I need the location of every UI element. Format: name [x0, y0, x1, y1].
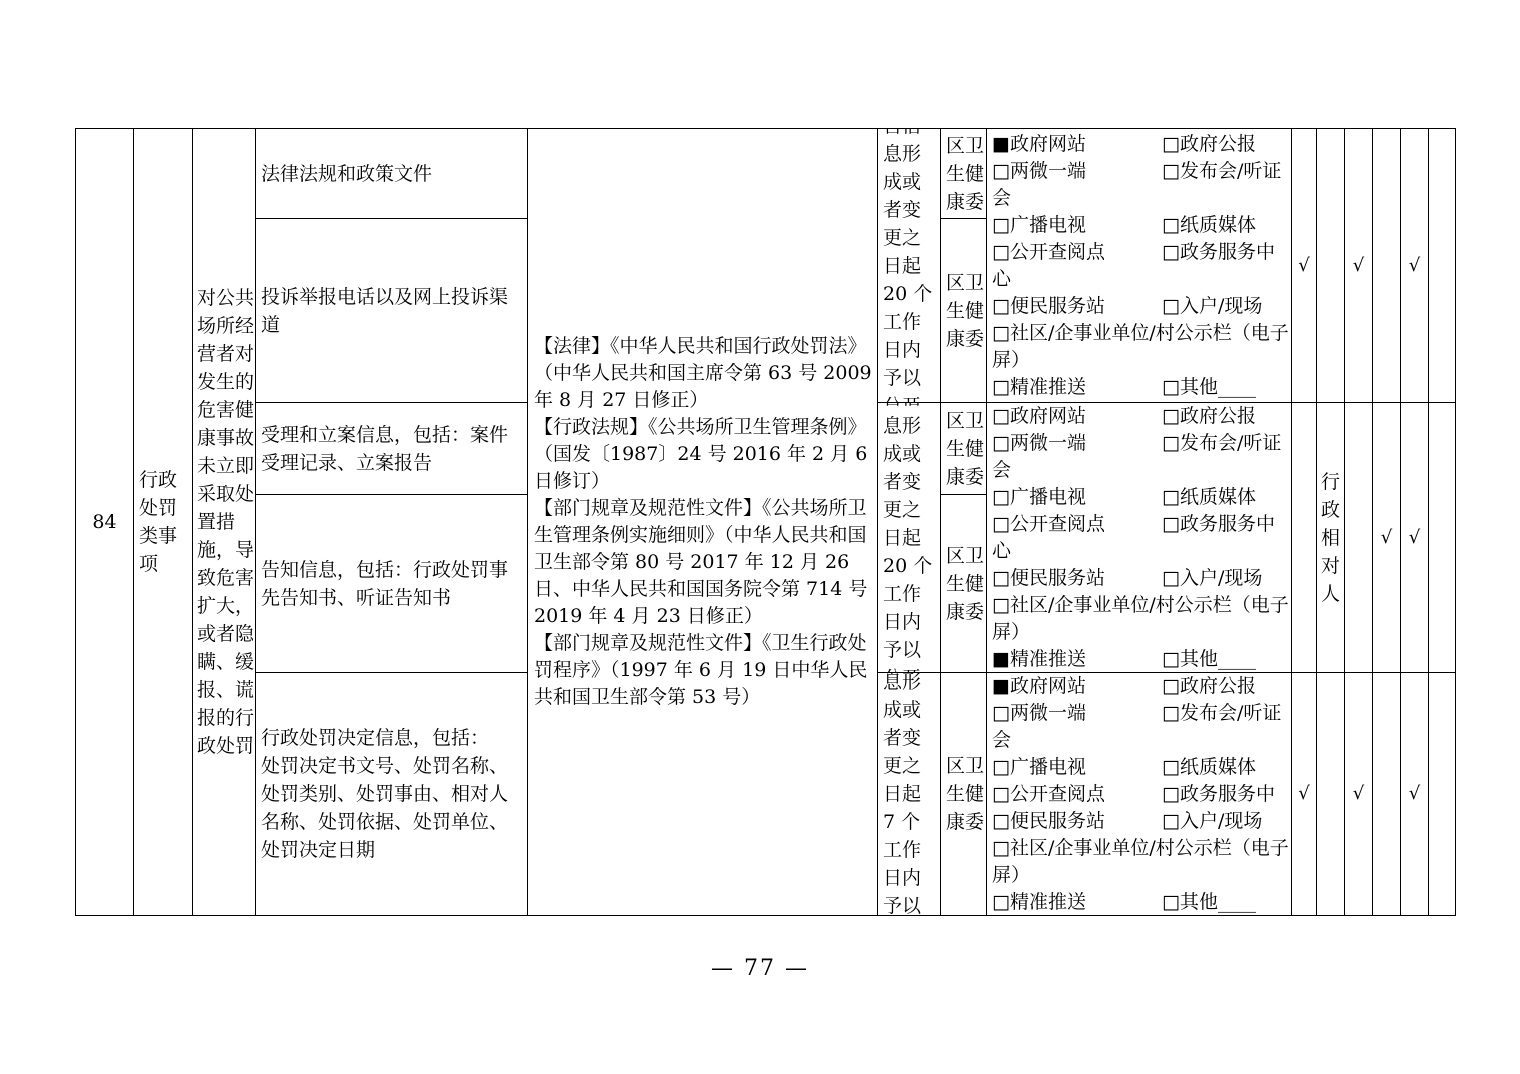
channel-line: ■政府网站□政府公报 [992, 673, 1291, 700]
channel-line: 心 [992, 266, 1291, 293]
info-item-cell: 受理和立案信息，包括：案件受理记录、立案报告 [256, 403, 528, 495]
mark-cell [1373, 129, 1401, 403]
category-cell: 行政处罚类事项 [134, 129, 193, 916]
channel-line: ■政府网站□政府公报 [992, 131, 1291, 158]
channel-item: □其他____ [1162, 891, 1256, 913]
channel-line: □公开查阅点□政务服务中 [992, 511, 1291, 538]
channel-line: 屏） [992, 619, 1291, 646]
mark-cell: √ [1345, 673, 1373, 916]
channel-line: 会 [992, 185, 1291, 212]
channel-item: □政务服务中 [1162, 513, 1275, 535]
channel-line: □公开查阅点□政务服务中 [992, 239, 1291, 266]
mark-cell: √ [1373, 403, 1401, 673]
channel-item: □社区/企事业单位/村公示栏（电子 [992, 320, 1289, 347]
channel-item: □政务服务中 [1162, 241, 1275, 263]
channel-item: 屏） [992, 619, 1162, 646]
mark-cell [1317, 129, 1345, 403]
deadline-cell: 自信息形成或者变更之日起 20 个工作日内予以公开 [878, 403, 941, 673]
channel-item: □政务服务中 [1162, 783, 1275, 805]
channels-cell: □政府网站□政府公报□两微一端□发布会/听证会□广播电视□纸质媒体□公开查阅点□… [987, 403, 1292, 673]
channel-item: □入户/现场 [1162, 295, 1262, 317]
info-item-cell: 法律法规和政策文件 [256, 129, 528, 219]
channel-line: ■精准推送□其他____ [992, 646, 1291, 673]
channel-item: □政府公报 [1162, 405, 1256, 427]
mark-cell [1345, 403, 1373, 673]
page-number: — 77 — [0, 956, 1520, 981]
channel-item: 会 [992, 457, 1162, 484]
channel-item: ■精准推送 [992, 646, 1162, 673]
org-cell: 区卫生健康委 [941, 219, 987, 403]
mark-cell: √ [1345, 129, 1373, 403]
channel-item: □公开查阅点 [992, 781, 1162, 808]
channel-item: 心 [992, 538, 1162, 565]
channel-item: 心 [992, 266, 1162, 293]
channel-line: □公开查阅点□政务服务中 [992, 781, 1291, 808]
channel-item: ■政府网站 [992, 673, 1162, 700]
channel-line: 屏） [992, 862, 1291, 889]
channel-line: □便民服务站□入户/现场 [992, 293, 1291, 320]
channel-item: □社区/企事业单位/村公示栏（电子 [992, 592, 1289, 619]
channel-line: □社区/企事业单位/村公示栏（电子 [992, 320, 1291, 347]
row-number: 84 [92, 508, 116, 536]
channel-line: □社区/企事业单位/村公示栏（电子 [992, 835, 1291, 862]
channels-cell: ■政府网站□政府公报□两微一端□发布会/听证会□广播电视□纸质媒体□公开查阅点□… [987, 673, 1292, 916]
channel-line: □精准推送□其他____ [992, 889, 1291, 916]
channel-line: □社区/企事业单位/村公示栏（电子 [992, 592, 1291, 619]
deadline-cell: 自信息形成或者变更之日起 20 个工作日内予以公开 [878, 129, 941, 403]
channel-item: 屏） [992, 347, 1162, 374]
channel-line: □便民服务站□入户/现场 [992, 808, 1291, 835]
channel-item: □公开查阅点 [992, 511, 1162, 538]
channel-line: □广播电视□纸质媒体 [992, 212, 1291, 239]
channel-line: □便民服务站□入户/现场 [992, 565, 1291, 592]
legal-basis-item: 【行政法规】《公共场所卫生管理条例》（国发〔1987〕24 号 2016 年 2… [534, 414, 875, 495]
channel-line: □广播电视□纸质媒体 [992, 484, 1291, 511]
channel-item: □便民服务站 [992, 808, 1162, 835]
row-number-cell: 84 [76, 129, 134, 916]
org-cell: 区卫生健康委 [941, 129, 987, 219]
channel-item: □发布会/听证 [1162, 160, 1281, 182]
channel-item: □纸质媒体 [1162, 486, 1256, 508]
disclosure-table: 84 行政处罚类事项 对公共场所经营者对发生的危害健康事故未立即采取处置措施，导… [75, 128, 1456, 916]
relative-party-cell: 行政相对人 [1317, 403, 1345, 673]
channel-item: □社区/企事业单位/村公示栏（电子 [992, 835, 1289, 862]
mark-cell: √ [1401, 673, 1429, 916]
channel-item: □便民服务站 [992, 293, 1162, 320]
channel-line: 心 [992, 538, 1291, 565]
channel-item: □广播电视 [992, 484, 1162, 511]
channel-line: □两微一端□发布会/听证 [992, 700, 1291, 727]
org-cell: 区卫生健康委 [941, 495, 987, 673]
legal-basis-item: 【部门规章及规范性文件】《公共场所卫生管理条例实施细则》（中华人民共和国卫生部令… [534, 495, 875, 630]
mark-cell [1429, 673, 1456, 916]
legal-basis-item: 【法律】《中华人民共和国行政处罚法》（中华人民共和国主席令第 63 号 2009… [534, 333, 875, 414]
mark-cell: √ [1401, 403, 1429, 673]
channel-item: ■政府网站 [992, 131, 1162, 158]
channel-item: □便民服务站 [992, 565, 1162, 592]
mark-cell [1429, 129, 1456, 403]
channel-item: □精准推送 [992, 374, 1162, 401]
info-item-cell: 告知信息，包括：行政处罚事先告知书、听证告知书 [256, 495, 528, 673]
channel-item: □两微一端 [992, 158, 1162, 185]
channel-item: 会 [992, 727, 1162, 754]
mark-cell [1373, 673, 1401, 916]
channel-item: □入户/现场 [1162, 810, 1262, 832]
mark-cell: √ [1292, 673, 1317, 916]
legal-basis-cell: 【法律】《中华人民共和国行政处罚法》（中华人民共和国主席令第 63 号 2009… [528, 129, 878, 916]
channels-cell: ■政府网站□政府公报□两微一端□发布会/听证会□广播电视□纸质媒体□公开查阅点□… [987, 129, 1292, 403]
channel-item: □两微一端 [992, 430, 1162, 457]
channel-item: □其他____ [1162, 648, 1256, 670]
info-item-cell: 行政处罚决定信息，包括： 处罚决定书文号、处罚名称、处罚类别、处罚事由、相对人名… [256, 673, 528, 916]
channel-line: 会 [992, 727, 1291, 754]
channel-item: □政府网站 [992, 403, 1162, 430]
org-cell: 区卫生健康委 [941, 403, 987, 495]
channel-line: □两微一端□发布会/听证 [992, 430, 1291, 457]
channel-item: □其他____ [1162, 376, 1256, 398]
deadline-cell: 自信息形成或者变更之日起 7 个工作日内予以公开 [878, 673, 941, 916]
mark-cell: √ [1401, 129, 1429, 403]
channel-line: □广播电视□纸质媒体 [992, 754, 1291, 781]
channel-line: 屏） [992, 347, 1291, 374]
channel-item: □两微一端 [992, 700, 1162, 727]
channel-item: □精准推送 [992, 889, 1162, 916]
channel-item: □公开查阅点 [992, 239, 1162, 266]
org-cell: 区卫生健康委 [941, 673, 987, 916]
channel-item: □政府公报 [1162, 133, 1256, 155]
channel-line: 会 [992, 457, 1291, 484]
mark-cell [1292, 403, 1317, 673]
channel-item: □发布会/听证 [1162, 702, 1281, 724]
channel-item: □广播电视 [992, 212, 1162, 239]
channel-item: □政府公报 [1162, 675, 1256, 697]
channel-line: □政府网站□政府公报 [992, 403, 1291, 430]
channel-line: □两微一端□发布会/听证 [992, 158, 1291, 185]
channel-item: □广播电视 [992, 754, 1162, 781]
mark-cell [1317, 673, 1345, 916]
channel-line: □精准推送□其他____ [992, 374, 1291, 401]
matter-cell: 对公共场所经营者对发生的危害健康事故未立即采取处置措施，导致危害扩大，或者隐瞒、… [193, 129, 256, 916]
channel-item: □入户/现场 [1162, 567, 1262, 589]
channel-item: 会 [992, 185, 1162, 212]
mark-cell: √ [1292, 129, 1317, 403]
mark-cell [1429, 403, 1456, 673]
channel-item: □发布会/听证 [1162, 432, 1281, 454]
info-item-cell: 投诉举报电话以及网上投诉渠道 [256, 219, 528, 403]
channel-item: 屏） [992, 862, 1162, 889]
legal-basis-item: 【部门规章及规范性文件】《卫生行政处罚程序》（1997 年 6 月 19 日中华… [534, 630, 875, 711]
channel-item: □纸质媒体 [1162, 214, 1256, 236]
channel-item: □纸质媒体 [1162, 756, 1256, 778]
